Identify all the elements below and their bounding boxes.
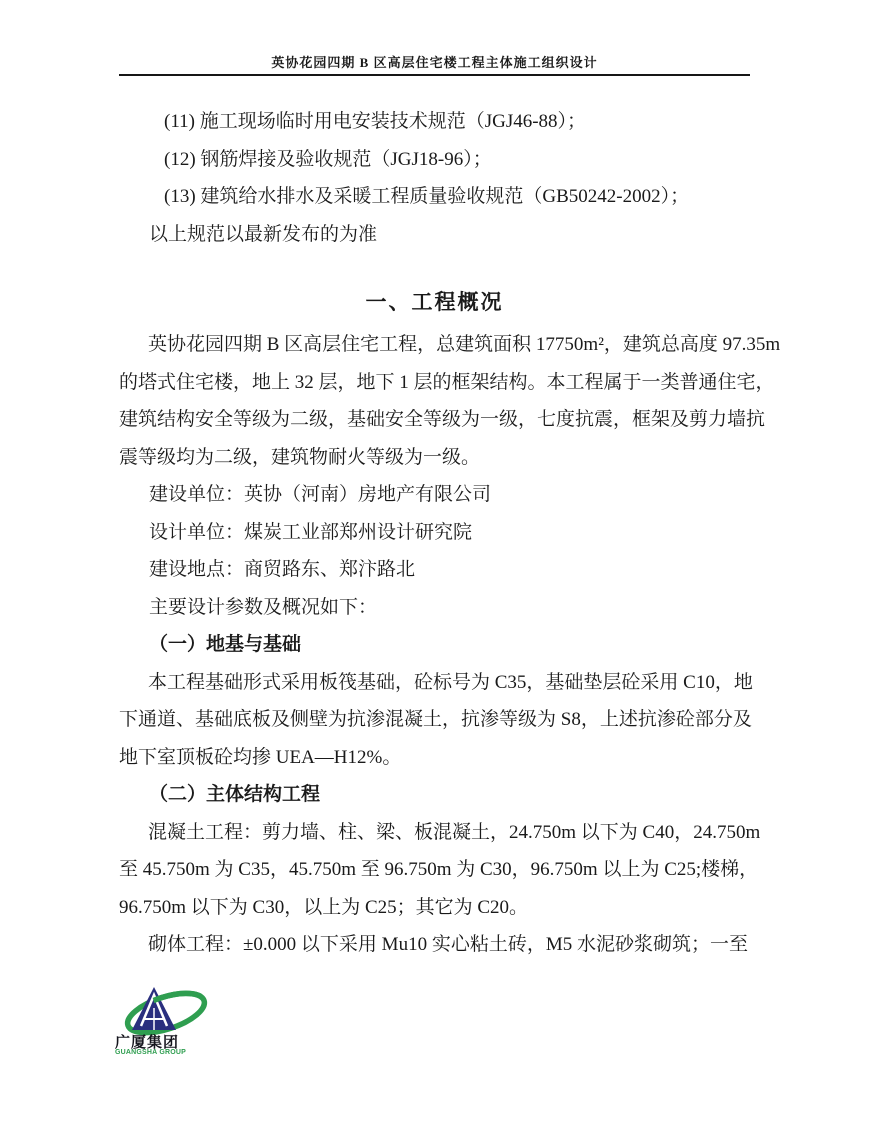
- text-line: 下通道、基础底板及侧壁为抗渗混凝土，抗渗等级为 S8，上述抗渗砼部分及: [119, 701, 750, 739]
- text-line: 的塔式住宅楼，地上 32 层，地下 1 层的框架结构。本工程属于一类普通住宅，: [119, 364, 750, 402]
- text-line: 建设地点：商贸路东、郑汴路北: [119, 551, 750, 589]
- company-logo: 广厦集团 GUANGSHA GROUP: [114, 982, 244, 1086]
- page-header-title: 英协花园四期 B 区高层住宅楼工程主体施工组织设计: [119, 52, 750, 71]
- reference-list-item: (12) 钢筋焊接及验收规范（JGJ18-96）；: [119, 141, 750, 179]
- text-line: 混凝土工程：剪力墙、柱、梁、板混凝土，24.750m 以下为 C40，24.75…: [119, 814, 750, 852]
- text-line: 主要设计参数及概况如下：: [119, 589, 750, 627]
- subsection-title: （二）主体结构工程: [119, 776, 750, 814]
- text-line: 本工程基础形式采用板筏基础，砼标号为 C35，基础垫层砼采用 C10，地: [119, 664, 750, 702]
- header-rule-divider: [119, 74, 750, 76]
- text-line: 建筑结构安全等级为二级，基础安全等级为一级，七度抗震，框架及剪力墙抗: [119, 401, 750, 439]
- text-line: 地下室顶板砼均掺 UEA—H12%。: [119, 739, 750, 777]
- text-line: 砌体工程：±0.000 以下采用 Mu10 实心粘土砖，M5 水泥砂浆砌筑；一至: [119, 926, 750, 964]
- text-line: 英协花园四期 B 区高层住宅工程，总建筑面积 17750m²，建筑总高度 97.…: [119, 326, 750, 364]
- guangsha-logo-icon: [122, 984, 210, 1036]
- text-line: 96.750m 以下为 C30，以上为 C25；其它为 C20。: [119, 889, 750, 927]
- text-line: 建设单位：英协（河南）房地产有限公司: [119, 476, 750, 514]
- reference-list-item: (13) 建筑给水排水及采暖工程质量验收规范（GB50242-2002）；: [119, 178, 750, 216]
- document-page: 英协花园四期 B 区高层住宅楼工程主体施工组织设计 (11) 施工现场临时用电安…: [0, 0, 869, 1122]
- section-title: 一、工程概况: [119, 281, 750, 323]
- text-line: 设计单位：煤炭工业部郑州设计研究院: [119, 514, 750, 552]
- reference-list-item: (11) 施工现场临时用电安装技术规范（JGJ46-88）；: [119, 103, 750, 141]
- text-line: 震等级均为二级，建筑物耐火等级为一级。: [119, 439, 750, 477]
- subsection-title: （一）地基与基础: [119, 626, 750, 664]
- logo-company-name-en: GUANGSHA GROUP: [115, 1049, 186, 1056]
- document-body: (11) 施工现场临时用电安装技术规范（JGJ46-88）；(12) 钢筋焊接及…: [119, 103, 750, 964]
- text-line: 以上规范以最新发布的为准: [119, 216, 750, 254]
- text-line: 至 45.750m 为 C35，45.750m 至 96.750m 为 C30，…: [119, 851, 750, 889]
